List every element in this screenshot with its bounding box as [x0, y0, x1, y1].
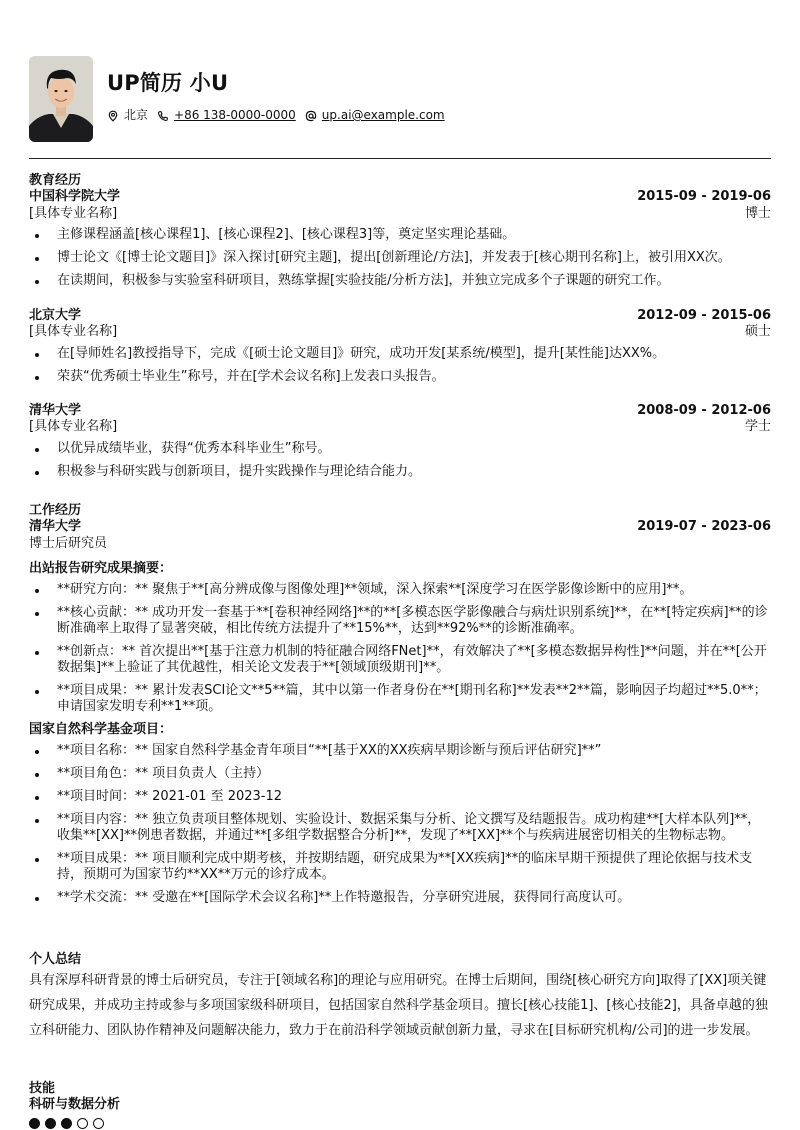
major-name: [具体专业名称] [29, 206, 117, 222]
list-item: 博士论文《[博士论文题目]》深入探讨[研究主题]，提出[创新理论/方法]，并发表… [29, 250, 771, 266]
education-entry: 清华大学 2008-09 - 2012-06 [具体专业名称] 学士 以优异成绩… [29, 403, 771, 487]
list-item: **创新点：** 首次提出**[基于注意力机制的特征融合网络FNet]**，有效… [29, 644, 771, 676]
location-pin-icon [107, 110, 119, 122]
skill-name: 科研与数据分析 [29, 1097, 771, 1113]
rating-dot-empty-icon [93, 1118, 104, 1129]
section-title-education: 教育经历 [29, 173, 771, 189]
degree: 博士 [745, 206, 771, 222]
rating-dot-filled-icon [29, 1118, 40, 1129]
avatar [29, 56, 93, 142]
list-item: 以优异成绩毕业，获得“优秀本科毕业生”称号。 [29, 441, 771, 457]
work-subheading: 出站报告研究成果摘要： [29, 561, 771, 577]
education-bullets: 以优异成绩毕业，获得“优秀本科毕业生”称号。 积极参与科研实践与创新项目，提升实… [29, 441, 771, 480]
school-name: 中国科学院大学 [29, 189, 120, 205]
list-item: **研究方向：** 聚焦于**[高分辨成像与图像处理]**领域，深入探索**[深… [29, 582, 771, 598]
rating-dot-empty-icon [77, 1118, 88, 1129]
list-item: **项目内容：** 独立负责项目整体规划、实验设计、数据采集与分析、论文撰写及结… [29, 812, 771, 844]
school-name: 北京大学 [29, 308, 81, 324]
rating-dot-filled-icon [61, 1118, 72, 1129]
degree: 学士 [745, 419, 771, 435]
header-divider [29, 158, 771, 159]
education-entry: 中国科学院大学 2015-09 - 2019-06 [具体专业名称] 博士 主修… [29, 189, 771, 289]
education-section: 教育经历 中国科学院大学 2015-09 - 2019-06 [具体专业名称] … [29, 173, 771, 296]
summary-section: 个人总结 具有深厚科研背景的博士后研究员，专注于[领域名称]的理论与应用研究。在… [29, 952, 771, 1043]
education-bullets: 在[导师姓名]教授指导下，完成《[硕士论文题目]》研究，成功开发[某系统/模型]… [29, 346, 771, 385]
degree: 硕士 [745, 324, 771, 340]
employer-name: 清华大学 [29, 519, 81, 535]
list-item: **项目角色：** 项目负责人（主持） [29, 766, 771, 782]
list-item: 在[导师姓名]教授指导下，完成《[硕士论文题目]》研究，成功开发[某系统/模型]… [29, 346, 771, 362]
section-title-summary: 个人总结 [29, 952, 771, 968]
education-dates: 2008-09 - 2012-06 [637, 403, 771, 419]
section-title-work: 工作经历 [29, 503, 771, 519]
school-name: 清华大学 [29, 403, 81, 419]
major-name: [具体专业名称] [29, 324, 117, 340]
contact-info: 北京 +86 138-0000-0000 up.ai@example.com [107, 108, 454, 123]
major-name: [具体专业名称] [29, 419, 117, 435]
list-item: **学术交流：** 受邀在**[国际学术会议名称]**上作特邀报告，分享研究进展… [29, 890, 771, 906]
contact-email: up.ai@example.com [305, 108, 445, 123]
work-subheading: 国家自然科学基金项目： [29, 722, 771, 738]
candidate-name: UP简历 小U [107, 70, 228, 96]
phone-icon [157, 110, 169, 122]
education-dates: 2015-09 - 2019-06 [637, 189, 771, 205]
at-sign-icon [305, 110, 317, 122]
work-bullets: **项目名称：** 国家自然科学基金青年项目“**[基于XX的XX疾病早期诊断与… [29, 743, 771, 906]
education-dates: 2012-09 - 2015-06 [637, 308, 771, 324]
list-item: **项目成果：** 项目顺利完成中期考核，并按期结题，研究成果为**[XX疾病]… [29, 851, 771, 883]
section-title-skills: 技能 [29, 1081, 771, 1097]
skill-rating [29, 1118, 771, 1129]
list-item: 在读期间，积极参与实验室科研项目，熟练掌握[实验技能/分析方法]，并独立完成多个… [29, 273, 771, 289]
phone-link[interactable]: +86 138-0000-0000 [174, 108, 296, 123]
list-item: **项目成果：** 累计发表SCI论文**5**篇，其中以第一作者身份在**[期… [29, 683, 771, 715]
job-title: 博士后研究员 [29, 536, 771, 552]
list-item: **项目时间：** 2021-01 至 2023-12 [29, 789, 771, 805]
email-link[interactable]: up.ai@example.com [322, 108, 445, 123]
location-text: 北京 [124, 108, 148, 123]
list-item: **项目名称：** 国家自然科学基金青年项目“**[基于XX的XX疾病早期诊断与… [29, 743, 771, 759]
education-entry: 北京大学 2012-09 - 2015-06 [具体专业名称] 硕士 在[导师姓… [29, 308, 771, 392]
contact-location: 北京 [107, 108, 148, 123]
contact-phone: +86 138-0000-0000 [157, 108, 296, 123]
work-section: 工作经历 清华大学 2019-07 - 2023-06 博士后研究员 出站报告研… [29, 503, 771, 913]
resume-header: UP简历 小U 北京 +86 138-0000-0000 up.ai@examp… [29, 56, 771, 142]
work-bullets: **研究方向：** 聚焦于**[高分辨成像与图像处理]**领域，深入探索**[深… [29, 582, 771, 715]
list-item: 积极参与科研实践与创新项目，提升实践操作与理论结合能力。 [29, 464, 771, 480]
summary-text: 具有深厚科研背景的博士后研究员，专注于[领域名称]的理论与应用研究。在博士后期间… [29, 968, 771, 1043]
education-bullets: 主修课程涵盖[核心课程1]、[核心课程2]、[核心课程3]等，奠定坚实理论基础。… [29, 227, 771, 289]
rating-dot-filled-icon [45, 1118, 56, 1129]
list-item: 荣获“优秀硕士毕业生”称号，并在[学术会议名称]上发表口头报告。 [29, 369, 771, 385]
skills-section: 技能 科研与数据分析 [29, 1081, 771, 1129]
list-item: **核心贡献：** 成功开发一套基于**[卷积神经网络]**的**[多模态医学影… [29, 605, 771, 637]
list-item: 主修课程涵盖[核心课程1]、[核心课程2]、[核心课程3]等，奠定坚实理论基础。 [29, 227, 771, 243]
work-dates: 2019-07 - 2023-06 [637, 519, 771, 535]
